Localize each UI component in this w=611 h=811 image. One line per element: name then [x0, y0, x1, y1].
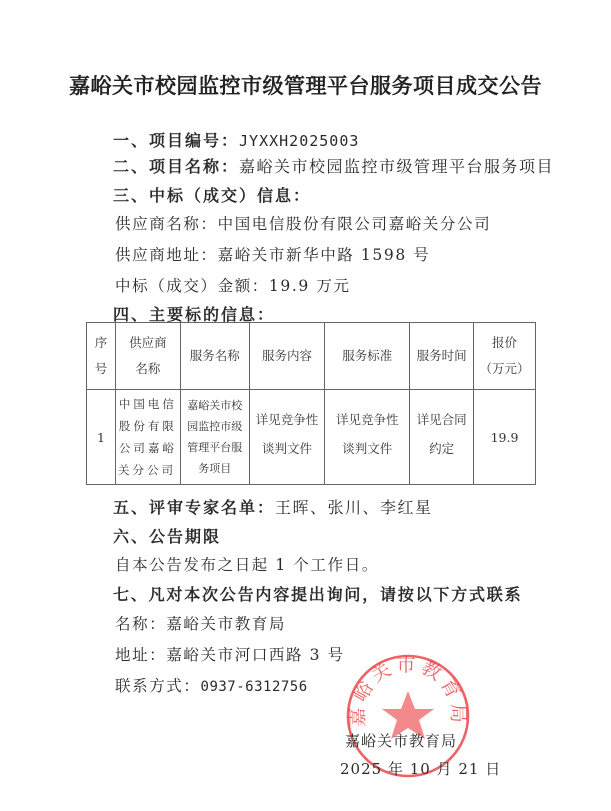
notice-period-text: 自本公告发布之日起 1 个工作日。 — [115, 553, 379, 575]
contact-phone-label: 联系方式： — [115, 677, 201, 695]
supplier-name-line: 供应商名称：中国电信股份有限公司嘉峪关分公司 — [115, 212, 491, 234]
header-service-standard: 服务标准 — [325, 323, 410, 390]
project-number-value: JYXXH2025003 — [239, 132, 359, 150]
contact-heading-label: 七、凡对本次公告内容提出询问，请按以下方式联系 — [113, 585, 522, 604]
experts-line: 五、评审专家名单：王晖、张川、李红星 — [113, 495, 433, 518]
table-header-row: 序号 供应商名称 服务名称 服务内容 服务标准 服务时间 报价（万元） — [87, 323, 536, 390]
contact-address-label: 地址： — [115, 646, 166, 664]
contact-phone-line: 联系方式：0937-6312756 — [115, 674, 308, 696]
cell-no: 1 — [87, 390, 116, 485]
experts-value: 王晖、张川、李红星 — [275, 498, 433, 517]
project-number-line: 一、项目编号：JYXXH2025003 — [113, 128, 359, 151]
supplier-name-label: 供应商名称： — [115, 215, 218, 233]
award-info-heading: 三、中标（成交）信息： — [113, 183, 311, 206]
cell-service-standard: 详见竞争性谈判文件 — [325, 390, 410, 485]
contact-heading: 七、凡对本次公告内容提出询问，请按以下方式联系 — [113, 582, 522, 605]
experts-label: 五、评审专家名单： — [113, 498, 275, 517]
header-service-time: 服务时间 — [410, 323, 474, 390]
cell-service-content: 详见竞争性谈判文件 — [249, 390, 325, 485]
header-no: 序号 — [87, 323, 116, 390]
notice-period-heading: 六、公告期限 — [113, 524, 221, 547]
supplier-address-label: 供应商地址： — [115, 246, 218, 264]
header-service-name: 服务名称 — [180, 323, 249, 390]
cell-price: 19.9 — [474, 390, 536, 485]
award-amount-line: 中标（成交）金额：19.9 万元 — [115, 274, 351, 296]
project-number-label: 一、项目编号： — [113, 131, 239, 150]
main-items-table: 序号 供应商名称 服务名称 服务内容 服务标准 服务时间 报价（万元） 1 中国… — [86, 322, 536, 485]
supplier-name-value: 中国电信股份有限公司嘉峪关分公司 — [218, 215, 492, 233]
signature-date: 2025 年 10 月 21 日 — [340, 758, 501, 779]
cell-supplier: 中国电信股份有限公司嘉峪关分公司 — [115, 390, 180, 485]
table-row: 1 中国电信股份有限公司嘉峪关分公司 嘉峪关市校园监控市级管理平台服务项目 详见… — [87, 390, 536, 485]
award-amount-value: 19.9 万元 — [269, 277, 351, 295]
project-name-label: 二、项目名称： — [113, 157, 239, 176]
cell-service-time: 详见合同约定 — [410, 390, 474, 485]
award-info-label: 三、中标（成交）信息： — [113, 186, 311, 205]
document-title: 嘉峪关市校园监控市级管理平台服务项目成交公告 — [0, 70, 611, 100]
project-name-value: 嘉峪关市校园监控市级管理平台服务项目 — [239, 157, 554, 176]
project-name-line: 二、项目名称：嘉峪关市校园监控市级管理平台服务项目 — [113, 154, 554, 177]
contact-name-value: 嘉峪关市教育局 — [166, 615, 286, 633]
supplier-address-value: 嘉峪关市新华中路 1598 号 — [218, 246, 431, 264]
supplier-address-line: 供应商地址：嘉峪关市新华中路 1598 号 — [115, 243, 430, 265]
signature-org: 嘉峪关市教育局 — [345, 730, 457, 751]
notice-period-label: 六、公告期限 — [113, 527, 221, 546]
cell-service-name: 嘉峪关市校园监控市级管理平台服务项目 — [180, 390, 249, 485]
header-service-content: 服务内容 — [249, 323, 325, 390]
header-price: 报价（万元） — [474, 323, 536, 390]
contact-phone-value: 0937-6312756 — [201, 679, 308, 695]
contact-name-line: 名称：嘉峪关市教育局 — [115, 612, 286, 634]
award-amount-label: 中标（成交）金额： — [115, 277, 269, 295]
contact-address-line: 地址：嘉峪关市河口西路 3 号 — [115, 643, 345, 665]
contact-name-label: 名称： — [115, 615, 166, 633]
header-supplier: 供应商名称 — [115, 323, 180, 390]
contact-address-value: 嘉峪关市河口西路 3 号 — [166, 646, 344, 664]
